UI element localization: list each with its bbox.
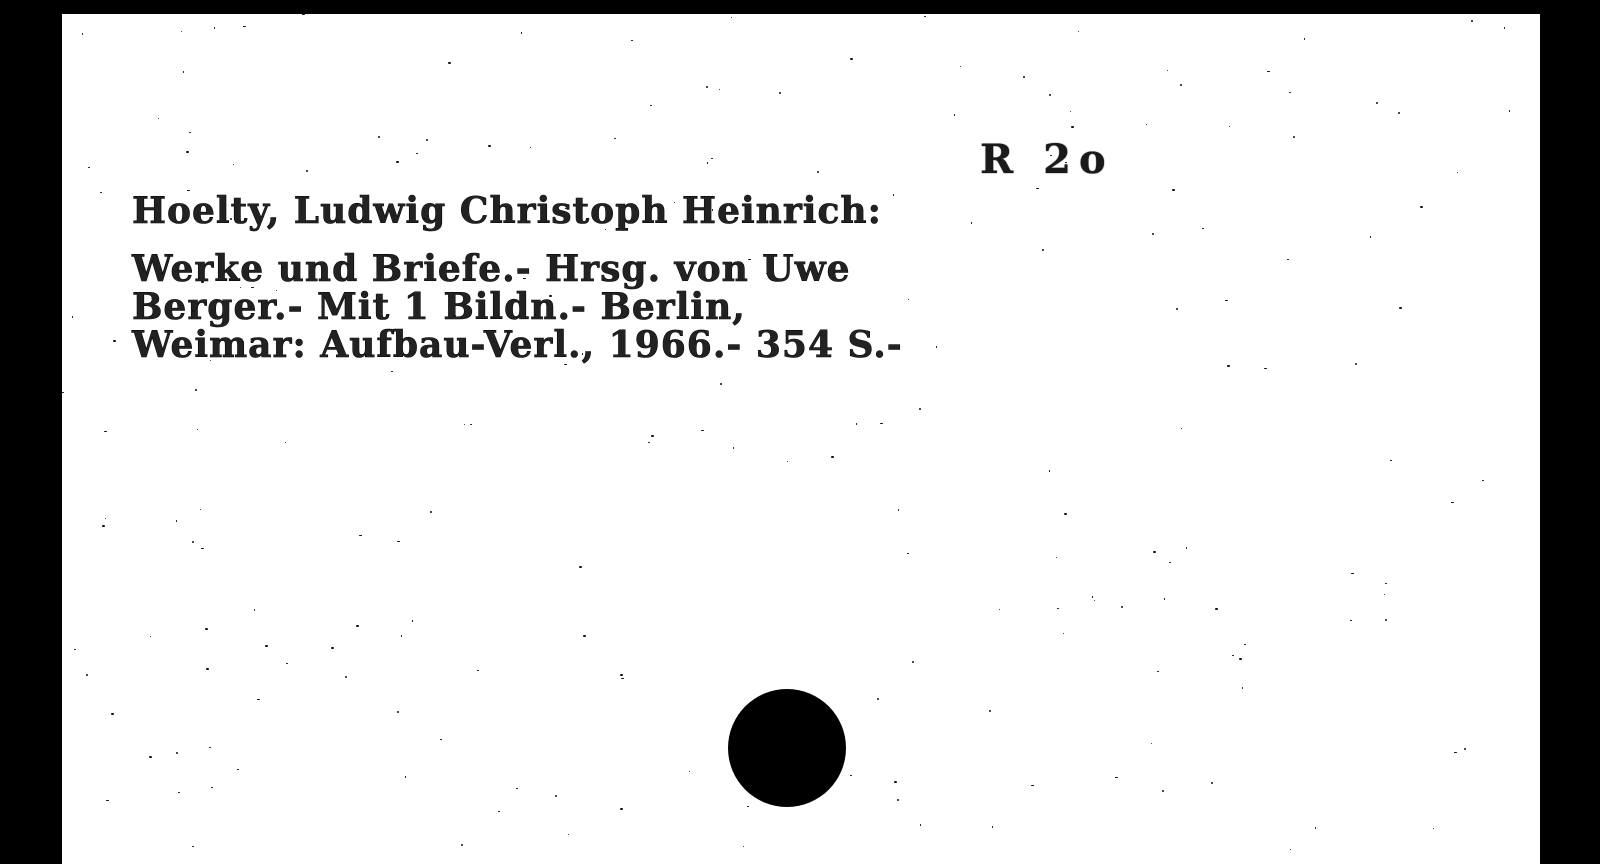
scan-speck <box>880 423 883 424</box>
scan-speck <box>907 553 909 554</box>
scan-speck <box>743 846 744 847</box>
scan-speck <box>1152 233 1154 235</box>
scan-speck <box>242 341 244 343</box>
scan-speck <box>181 31 182 32</box>
scan-speck <box>605 229 606 230</box>
scan-speck <box>789 211 791 212</box>
scan-speck <box>999 609 1000 610</box>
scan-speck <box>924 16 926 17</box>
scan-speck <box>72 316 73 318</box>
scan-speck <box>1399 307 1402 309</box>
scan-speck <box>1287 259 1289 260</box>
scan-speck <box>1063 633 1064 634</box>
scan-speck <box>689 771 690 772</box>
scan-speck <box>111 713 114 715</box>
scan-speck <box>1049 94 1051 96</box>
scan-speck <box>1050 155 1052 156</box>
scan-speck <box>1420 206 1423 208</box>
scan-speck <box>1376 102 1378 104</box>
scan-speck <box>398 262 399 263</box>
imprint-line: Weimar: Aufbau-Verl., 1966.- 354 S.- <box>132 324 903 366</box>
scan-speck <box>240 287 241 288</box>
scan-speck <box>448 62 451 64</box>
scan-speck <box>555 795 557 797</box>
scan-speck <box>747 806 749 807</box>
scan-speck <box>1146 124 1147 125</box>
scan-speck <box>1036 188 1039 189</box>
scan-speck <box>583 635 586 637</box>
scan-speck <box>766 273 768 274</box>
scan-speck <box>1202 228 1204 229</box>
scan-speck <box>1264 368 1267 369</box>
scan-speck <box>149 756 152 758</box>
scan-speck <box>1071 126 1074 128</box>
scan-speck <box>850 775 852 776</box>
scan-speck <box>1151 743 1152 744</box>
scan-speck <box>214 27 215 29</box>
scan-speck <box>251 287 254 288</box>
scan-speck <box>720 383 722 385</box>
scan-speck <box>1229 126 1230 127</box>
scan-speck <box>650 105 652 106</box>
scan-speck <box>1153 551 1156 553</box>
scan-speck <box>1464 748 1466 750</box>
scan-speck <box>1049 470 1050 472</box>
scan-speck <box>100 192 102 193</box>
scan-speck <box>82 33 83 35</box>
scan-speck <box>1042 249 1044 251</box>
scan-speck <box>150 636 151 637</box>
scan-speck <box>378 136 380 138</box>
scan-speck <box>706 86 708 88</box>
scan-speck <box>412 620 413 622</box>
scan-speck <box>183 71 184 73</box>
scan-speck <box>158 118 159 119</box>
scan-speck <box>74 649 76 650</box>
scan-speck <box>461 844 463 846</box>
scan-speck <box>1115 777 1118 778</box>
scan-speck <box>176 752 178 754</box>
scan-speck <box>176 520 177 522</box>
scan-speck <box>86 674 88 676</box>
scan-speck <box>464 424 465 425</box>
scan-speck <box>1064 513 1067 515</box>
scan-speck <box>416 153 418 154</box>
scan-speck <box>1121 606 1123 608</box>
scan-speck <box>1057 608 1059 609</box>
editor-line: Berger.- Mit 1 Bildn.- Berlin, <box>132 286 746 328</box>
scan-speck <box>237 769 239 770</box>
scan-speck <box>787 461 788 462</box>
scan-speck <box>401 635 402 637</box>
scan-speck <box>1078 31 1079 32</box>
scan-speck <box>1232 655 1234 656</box>
scan-speck <box>549 295 552 297</box>
scan-speck <box>614 138 616 139</box>
scan-speck <box>749 212 750 214</box>
scan-speck <box>257 699 260 700</box>
scan-speck <box>1385 583 1387 584</box>
scan-speck <box>1172 189 1175 191</box>
scan-speck <box>893 194 894 196</box>
scan-speck <box>534 314 536 315</box>
scan-speck <box>651 435 654 437</box>
scan-speck <box>897 799 899 801</box>
scan-speck <box>276 290 277 291</box>
scan-speck <box>195 389 197 391</box>
scan-speck <box>1370 236 1371 238</box>
scan-speck <box>243 26 246 27</box>
scan-speck <box>211 787 213 788</box>
scan-speck <box>187 190 190 191</box>
scan-speck <box>210 360 211 361</box>
scan-speck <box>817 171 819 173</box>
scan-speck <box>201 548 204 549</box>
scan-speck <box>1385 619 1387 621</box>
scan-speck <box>1351 573 1354 574</box>
scan-speck <box>1293 136 1295 138</box>
scan-speck <box>359 535 362 536</box>
scan-speck <box>470 424 472 425</box>
scan-speck <box>564 364 567 365</box>
scan-speck <box>779 92 781 94</box>
scan-speck <box>302 14 305 15</box>
scan-speck <box>286 663 288 664</box>
scan-speck <box>88 167 90 168</box>
scan-speck <box>1315 827 1316 829</box>
scan-speck <box>992 826 993 828</box>
scan-speck <box>579 566 582 568</box>
scan-speck <box>954 114 955 116</box>
scan-speck <box>205 628 208 630</box>
scan-speck <box>423 218 426 219</box>
author-heading: Hoelty, Ludwig Christoph Heinrich: <box>132 190 882 232</box>
scan-speck <box>1181 428 1182 429</box>
scan-speck <box>1070 111 1071 112</box>
scan-speck <box>516 788 518 789</box>
scan-speck <box>1304 38 1305 40</box>
scan-speck <box>348 292 349 293</box>
scan-speck <box>523 278 526 279</box>
scan-speck <box>1384 594 1385 595</box>
scan-speck <box>648 442 650 443</box>
scan-speck <box>201 281 204 283</box>
scan-speck <box>1433 828 1434 829</box>
scan-speck <box>631 40 633 41</box>
scan-speck <box>731 17 732 18</box>
scan-speck <box>331 647 334 649</box>
scan-speck <box>397 541 400 542</box>
scan-speck <box>620 674 623 676</box>
scan-speck <box>106 800 109 801</box>
scan-speck <box>1482 480 1484 481</box>
scan-speck <box>104 431 107 432</box>
scan-speck <box>971 222 972 224</box>
scan-speck <box>1289 92 1291 93</box>
scan-speck <box>1157 671 1159 672</box>
scan-speck <box>748 259 751 260</box>
scan-speck <box>908 299 909 300</box>
scan-speck <box>1244 644 1246 645</box>
scan-speck <box>189 132 191 133</box>
scan-speck <box>620 808 623 810</box>
scan-speck <box>192 310 194 312</box>
scan-speck <box>178 792 180 793</box>
scan-speck <box>440 739 442 740</box>
scan-speck <box>919 408 921 410</box>
scan-speck <box>1186 547 1187 549</box>
scan-speck <box>397 711 399 713</box>
scan-speck <box>1451 502 1454 503</box>
scan-speck <box>521 32 522 34</box>
scan-speck <box>920 824 921 826</box>
scan-speck <box>488 145 491 147</box>
scan-speck <box>565 208 567 209</box>
scan-speck <box>1398 112 1400 114</box>
scan-speck <box>1290 849 1291 850</box>
scan-speck <box>391 371 393 372</box>
scan-speck <box>733 447 734 449</box>
scan-speck <box>113 340 116 342</box>
scan-speck <box>396 161 399 163</box>
scan-speck <box>430 511 432 513</box>
scan-speck <box>621 678 624 679</box>
scan-speck <box>356 625 359 627</box>
scan-speck <box>820 214 822 215</box>
scan-speck <box>1164 598 1165 600</box>
scan-speck <box>1227 365 1230 367</box>
scan-speck <box>1065 162 1067 163</box>
scan-speck <box>711 158 713 159</box>
scan-speck <box>1390 460 1392 461</box>
scan-speck <box>719 89 720 90</box>
scan-speck <box>1350 620 1352 621</box>
scan-speck <box>105 518 106 519</box>
scan-speck <box>1211 782 1213 784</box>
scan-speck <box>850 58 853 60</box>
scan-speck <box>674 202 675 203</box>
punch-hole <box>728 689 846 807</box>
scan-speck <box>426 139 428 141</box>
scan-speck <box>1167 70 1168 71</box>
scan-speck <box>285 442 286 443</box>
scan-speck <box>1180 84 1182 86</box>
scan-speck <box>1239 658 1242 660</box>
scan-speck <box>477 670 479 671</box>
scan-speck <box>254 609 255 611</box>
scan-speck <box>912 661 914 663</box>
scan-speck <box>102 525 105 527</box>
scan-speck <box>230 218 232 220</box>
scan-speck <box>265 645 268 647</box>
scan-speck <box>1176 308 1178 310</box>
scan-speck <box>1457 172 1458 173</box>
scan-speck <box>989 710 991 712</box>
scan-speck <box>707 162 708 164</box>
scan-speck <box>1169 562 1171 563</box>
scan-speck <box>1092 596 1093 598</box>
scan-speck <box>936 346 937 348</box>
scan-speck <box>1454 752 1457 753</box>
scan-speck <box>877 698 879 700</box>
scan-speck <box>582 353 583 355</box>
scan-speck <box>200 509 201 510</box>
scan-speck <box>1094 600 1095 601</box>
scan-speck <box>898 509 899 511</box>
scan-speck <box>192 541 194 543</box>
scan-speck <box>712 209 713 211</box>
call-number: R 2o <box>980 136 1114 183</box>
scan-speck <box>1471 20 1473 22</box>
scan-speck <box>405 776 406 778</box>
scan-speck <box>306 170 308 172</box>
scan-speck <box>197 429 198 430</box>
scan-speck <box>1215 608 1218 610</box>
scan-speck <box>1056 557 1057 558</box>
scan-speck <box>498 811 500 812</box>
scan-speck <box>1267 71 1270 72</box>
scan-speck <box>856 423 857 425</box>
scan-speck <box>894 781 897 783</box>
scan-speck <box>186 151 189 153</box>
scan-speck <box>1355 363 1357 365</box>
scan-speck <box>192 846 194 847</box>
scan-speck <box>1509 110 1510 112</box>
scan-speck <box>453 315 456 317</box>
scan-speck <box>568 834 569 835</box>
scan-speck <box>209 747 211 748</box>
scan-speck <box>960 66 961 67</box>
scan-speck <box>1023 76 1025 78</box>
scan-speck <box>530 147 531 148</box>
scan-speck <box>701 430 704 431</box>
scan-speck <box>1242 687 1243 689</box>
scan-speck <box>1162 790 1164 792</box>
scan-speck <box>206 668 209 670</box>
title-line: Werke und Briefe.- Hrsg. von Uwe <box>132 248 851 290</box>
scan-speck <box>190 270 192 271</box>
scan-speck <box>345 676 347 678</box>
scan-speck <box>1225 300 1228 301</box>
scan-speck <box>734 741 736 742</box>
scan-speck <box>1504 27 1505 29</box>
scan-speck <box>233 164 234 165</box>
scan-speck <box>1031 785 1034 786</box>
catalog-card: R 2o Hoelty, Ludwig Christoph Heinrich: … <box>62 14 1540 864</box>
scan-speck <box>831 456 834 458</box>
scan-speck <box>62 392 64 393</box>
